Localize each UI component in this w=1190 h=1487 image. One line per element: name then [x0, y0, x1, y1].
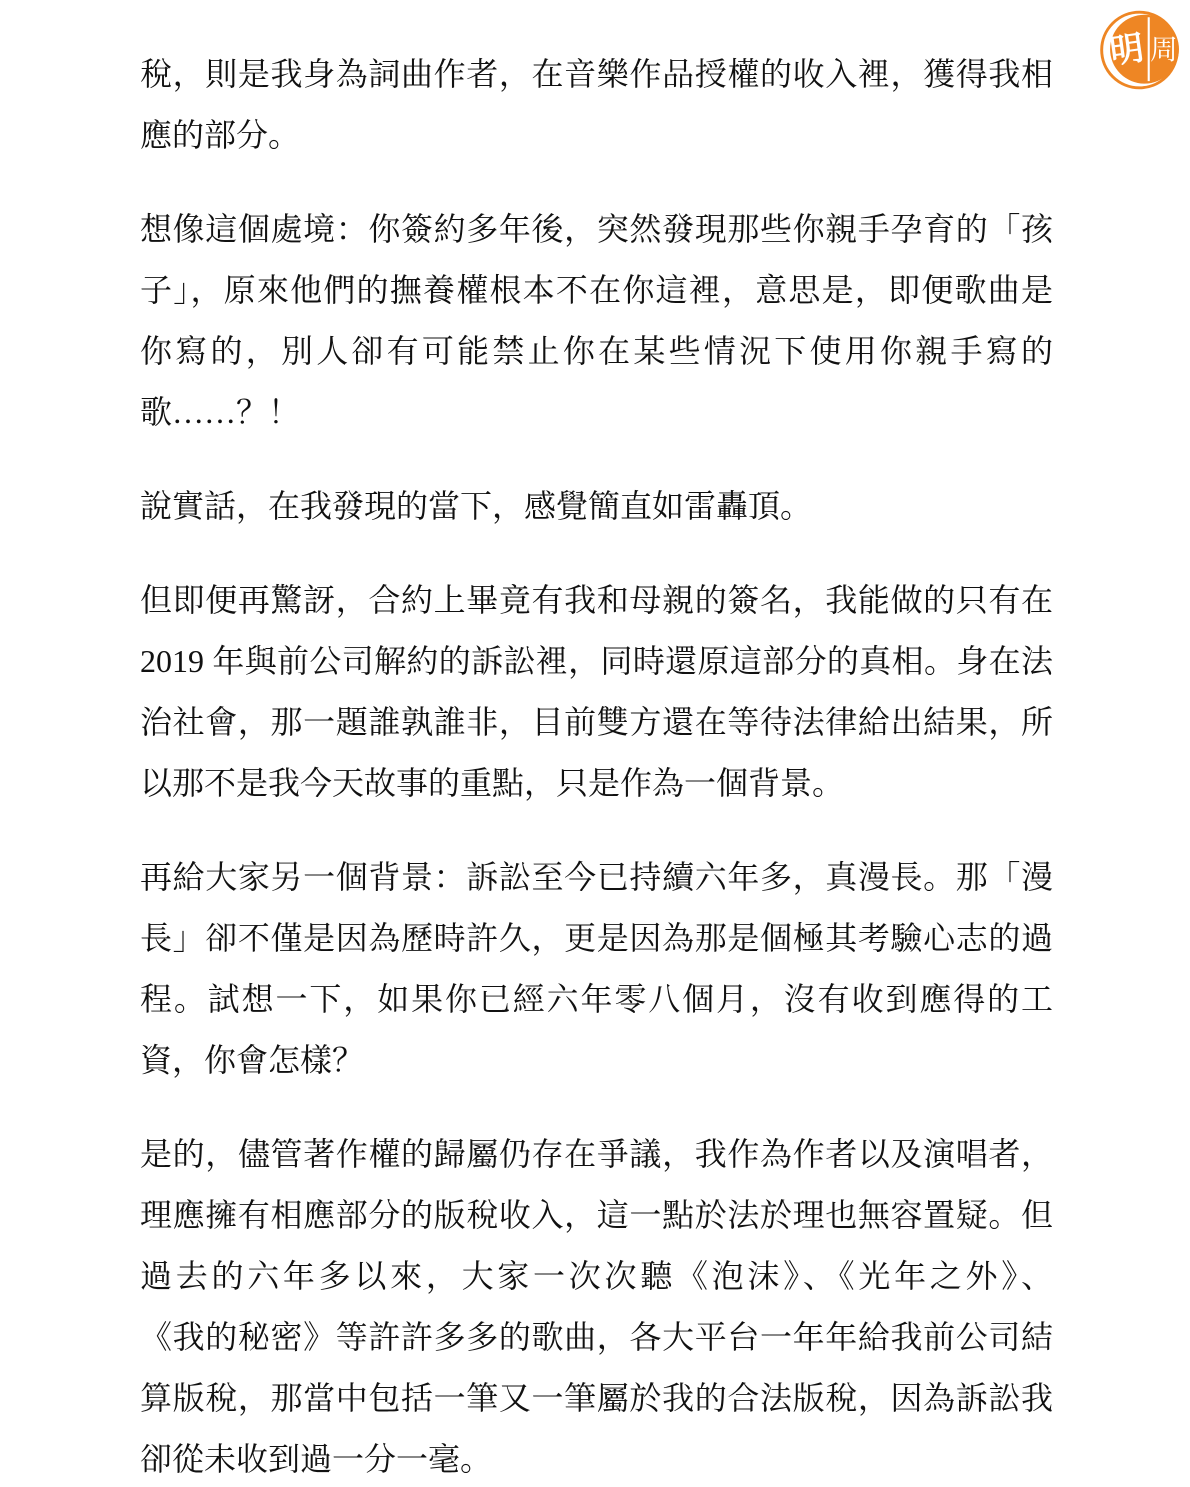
- logo-char-chou: 周: [1150, 34, 1178, 65]
- text-line: 過去的六年多以來，大家一次次聽《泡沫》、《光年之外》、: [140, 1246, 1053, 1307]
- text-line: 以那不是我今天故事的重點，只是作為一個背景。: [140, 753, 1053, 814]
- text-line: 再給大家另一個背景：訴訟至今已持續六年多，真漫長。那「漫: [140, 847, 1053, 908]
- text-line: 想像這個處境：你簽約多年後，突然發現那些你親手孕育的「孩: [140, 199, 1053, 260]
- logo-char-ming: 明: [1108, 29, 1147, 71]
- paragraph: 是的，儘管著作權的歸屬仍存在爭議，我作為作者以及演唱者，理應擁有相應部分的版稅收…: [140, 1124, 1053, 1487]
- text-line: 《我的秘密》等許許多多的歌曲，各大平台一年年給我前公司結: [140, 1307, 1053, 1368]
- text-line: 卻從未收到過一分一毫。: [140, 1429, 1053, 1487]
- article-page: 明 周 稅，則是我身為詞曲作者，在音樂作品授權的收入裡，獲得我相應的部分。想像這…: [0, 0, 1190, 1487]
- text-line: 子」，原來他們的撫養權根本不在你這裡，意思是，即便歌曲是: [140, 260, 1053, 321]
- text-line: 你寫的，別人卻有可能禁止你在某些情況下使用你親手寫的: [140, 321, 1053, 382]
- text-line: 治社會，那一題誰孰誰非，目前雙方還在等待法律給出結果，所: [140, 692, 1053, 753]
- paragraph: 再給大家另一個背景：訴訟至今已持續六年多，真漫長。那「漫長」卻不僅是因為歷時許久…: [140, 847, 1053, 1091]
- text-line: 歌……？！: [140, 382, 1053, 443]
- text-line: 稅，則是我身為詞曲作者，在音樂作品授權的收入裡，獲得我相: [140, 44, 1053, 105]
- text-line: 應的部分。: [140, 105, 1053, 166]
- paragraph: 但即便再驚訝，合約上畢竟有我和母親的簽名，我能做的只有在2019 年與前公司解約…: [140, 570, 1053, 814]
- text-line: 程。試想一下，如果你已經六年零八個月，沒有收到應得的工: [140, 969, 1053, 1030]
- text-line: 2019 年與前公司解約的訴訟裡，同時還原這部分的真相。身在法: [140, 631, 1053, 692]
- article-body: 稅，則是我身為詞曲作者，在音樂作品授權的收入裡，獲得我相應的部分。想像這個處境：…: [140, 44, 1053, 1487]
- mingpao-weekly-logo: 明 周: [1100, 8, 1184, 92]
- text-line: 說實話，在我發現的當下，感覺簡直如雷轟頂。: [140, 476, 1053, 537]
- mingpao-logo-icon: 明 周: [1100, 8, 1184, 92]
- paragraph: 想像這個處境：你簽約多年後，突然發現那些你親手孕育的「孩子」，原來他們的撫養權根…: [140, 199, 1053, 443]
- paragraph: 稅，則是我身為詞曲作者，在音樂作品授權的收入裡，獲得我相應的部分。: [140, 44, 1053, 166]
- paragraph: 說實話，在我發現的當下，感覺簡直如雷轟頂。: [140, 476, 1053, 537]
- text-line: 是的，儘管著作權的歸屬仍存在爭議，我作為作者以及演唱者，: [140, 1124, 1053, 1185]
- text-line: 資，你會怎樣？: [140, 1030, 1053, 1091]
- text-line: 長」卻不僅是因為歷時許久，更是因為那是個極其考驗心志的過: [140, 908, 1053, 969]
- text-line: 算版稅，那當中包括一筆又一筆屬於我的合法版稅，因為訴訟我: [140, 1368, 1053, 1429]
- text-line: 但即便再驚訝，合約上畢竟有我和母親的簽名，我能做的只有在: [140, 570, 1053, 631]
- text-line: 理應擁有相應部分的版稅收入，這一點於法於理也無容置疑。但: [140, 1185, 1053, 1246]
